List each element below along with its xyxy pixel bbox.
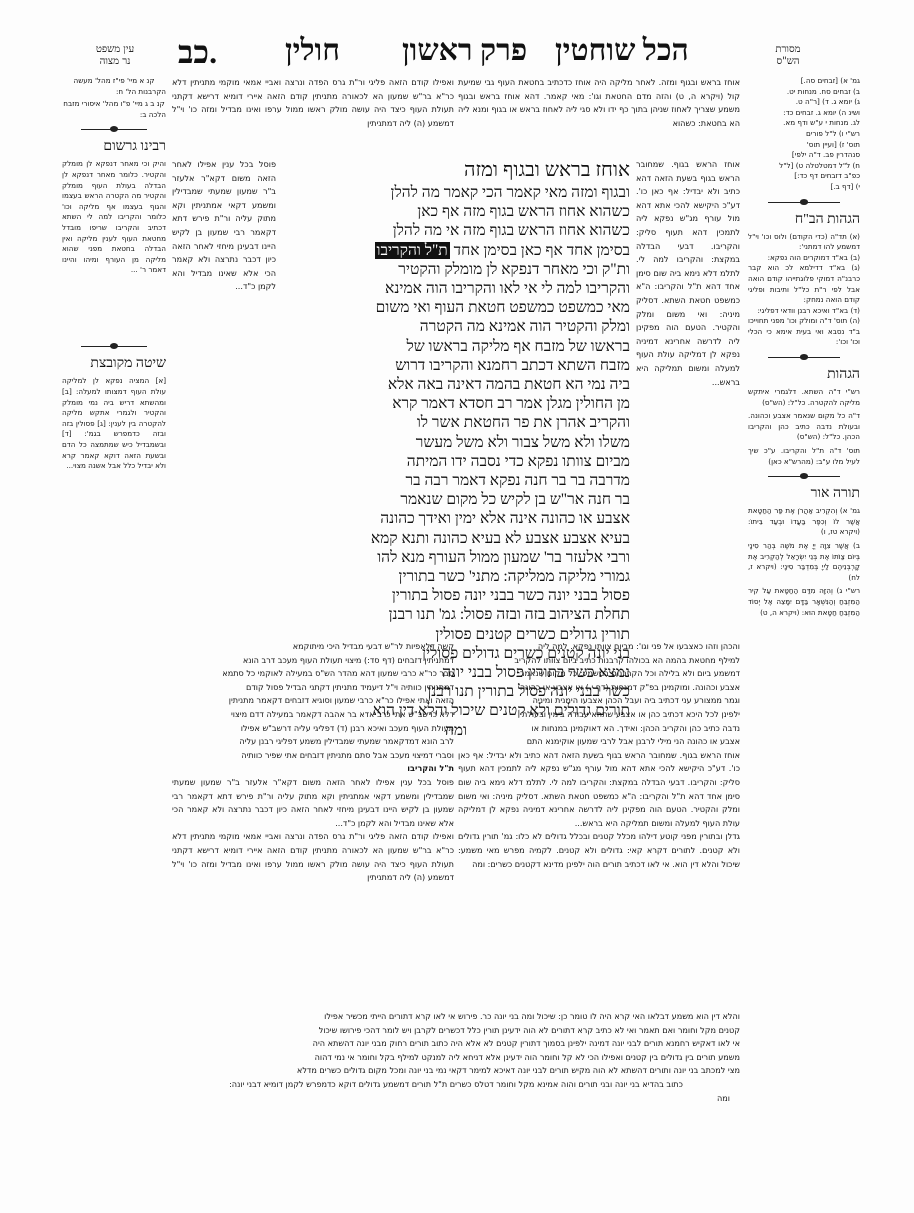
tosafot-lower-column: קשה דלאפיות לר"ש דבעי מבדיל היכי מיתוקמא… (172, 640, 454, 1000)
commentary-line: קטנים מקל וחומר ואם תאמר ואי לא כתיב קרא… (172, 1024, 740, 1038)
ref-line: ח) ל"ל דמטלטלה ט) [ל"ל (748, 161, 860, 172)
commentary-line: דלא כרשב"ש אתי כרב אדא בר אהבה דקאמר במע… (172, 708, 454, 722)
shita-mekubetzet-title: שיטה מקובצת (62, 355, 166, 373)
gemara-line: אצבע או כהונה אינה אלא ימין ואידך כהונה (282, 509, 630, 528)
gemara-line: בר חנה אר"ש בן לקיש כל מקום שנאמר (282, 490, 630, 509)
catchword: ומה (172, 1092, 740, 1106)
commentary-line: הזאה ואתי אפילו כר"א כרבי שמעון וסוגיא ד… (172, 694, 454, 708)
ref-line: י) [דף ב.] (748, 182, 860, 193)
label-line: מסורת (758, 44, 818, 56)
shita-mekubetzet-text: [א] המציה נפקא לן למליקה עולת העוף דמצות… (62, 376, 166, 554)
mesoret-hashas-label: מסורת הש"ס (758, 44, 818, 68)
hagahot-item: ד"ה כל מקום שנאמר אצבע וכהונה. ובעולת נד… (748, 411, 860, 443)
ref-line: ב) זבחים סח. מנחות יט. (748, 87, 860, 98)
gemara-line: מן החולין מגלן אמר רב חסדא דאמר קרא (282, 394, 630, 413)
gemara-line: גמורי מליקה ממליקה: מתני' כשר בתורין (282, 567, 630, 586)
ref-line: כפ"ב דזבחים דף כד:] (748, 171, 860, 182)
gemara-line: ומלק והקטיר הוה אמינא מה הקטרה (282, 317, 630, 336)
commentary-line: ת"ל והקריבו (172, 762, 454, 776)
gemara-line: ורבי אלעזר בר' שמעון ממול העורף מנא להו (282, 548, 630, 567)
ref-line: סנהדרין פב. ד"ה ילפי] (748, 150, 860, 161)
ref-line: ושינ ה) יומא ג. זבחים כד: (748, 108, 860, 119)
hagahot-habach-title: הגהות הב"ח (748, 211, 860, 229)
ref-line: רש"י ו) ל"ל פורים (748, 129, 860, 140)
rashi-top: אוחז בראש ובגוף ומזה. לאחר מליקה היה אוח… (458, 76, 740, 158)
gemara-line: כשהוא אחוז הראש בגוף מזה אי מה להלן (282, 221, 630, 240)
bach-item: (א) תד"ה (כדי הקודם) ולוס וכו' וי"ל דמשמ… (748, 232, 860, 253)
commentary-line: מצי למכתב בני יונה ותורים דהשתא לא הוה מ… (172, 1064, 740, 1078)
commentary-line: וסברי דמיצוי מעכב אבל סתם מתניתין דזבחים… (172, 749, 454, 763)
ornament-divider (748, 197, 860, 207)
gemara-line: מביום צוותו נפקא כדי נסבה ידו המיתה (282, 452, 630, 471)
torah-or-item: ב) אֲשֶׁר צִוָּה יְיָ אֶת מֹשֶׁה בְּהַר … (748, 541, 860, 583)
commentary-continuation: אוחז הראש בגוף. שמחובר הראש בגוף בשעת הז… (458, 749, 740, 831)
gemara-line: כשהוא אחוז הראש בגוף מזה אף כאן (282, 202, 630, 221)
ref-line: לג. מנחות י ע"ש ודף מא. (748, 118, 860, 129)
ein-mishpat-label: עין משפט נר מצוה (80, 44, 150, 68)
commentary-line: סבר כר"א כרבי שמעון דהא מהדר הש"ס במעילה… (172, 667, 454, 681)
commentary-line: דמתניתין כוותיה וי"ל דיעמיד מתניתין דקתנ… (172, 681, 454, 695)
label-line: הש"ס (758, 56, 818, 68)
ref-line: גמ' א) [זבחים סה.] (748, 76, 860, 87)
torah-or-item: גמ' א) וְהִקְרִיב אַהֲרֹן אֶת פַּר הַחַט… (748, 506, 860, 538)
chapter-number: פרק ראשון (402, 34, 527, 68)
commentary-line: גדלן ובתורין מפני קוטע דילהו מכלל קטנים … (458, 830, 740, 871)
commentary-line: ילפינן לכל היכא דכתיב כהן או אצבע שתהא ע… (458, 708, 740, 722)
hagahot-item: רש"י ד"ה השתא. דלגמרי איתקש מליקה להקטרה… (748, 387, 860, 408)
commentary-line: נדבה כתיב כהן והקריב הכהן: ואידך. הא דאו… (458, 722, 740, 736)
commentary-line: למילף מחטאת בהמה הא בכולהו קרבנות כתיב ב… (458, 654, 740, 668)
chapter-name: הכל שוחטין (555, 34, 689, 68)
ornament-divider (748, 352, 860, 362)
gemara-line: והקריבו למה לי אי לאו והקריבו הוה אמינא (282, 279, 630, 298)
gemara-line: בראשו של מזבח אף מליקה בראשו של (282, 337, 630, 356)
hagahot-item: תוס' ד"ה ת"ל והקריבו. ע"כ שיך לעיל מלו ע… (748, 446, 860, 467)
ornament-divider (748, 471, 860, 481)
commentary-line: תעולת העוף מעכב ואיכא רבנן (ד) דפליגי על… (172, 722, 454, 736)
hagahot-title: הגהות (748, 366, 860, 384)
tosafot-column: פוסל בכל ענין אפילו לאחר הזאה משום דקא"ר… (172, 158, 276, 638)
rashi-column: אוחז הראש בגוף. שמחובר הראש בגוף בשעת הז… (636, 158, 740, 638)
label-line: עין משפט (80, 44, 150, 56)
label-line: נר מצוה (80, 56, 150, 68)
tractate-name: חולין (285, 34, 340, 68)
commentary-line: משמע תורים בין גדולים בין קטנים ואפילו ה… (172, 1051, 740, 1065)
right-margin: גמ' א) [זבחים סה.] ב) זבחים סח. מנחות יט… (748, 76, 860, 618)
gemara-line: והקריב אהרן את פר החטאת אשר לו (282, 413, 630, 432)
bach-item: (ב) בא"ד דמוקרים הוה נפקא: (748, 253, 860, 264)
rabbeinu-gershom-text: והיק וכי מאחר דנפקא לן מומלק והקטיר. כלו… (62, 159, 166, 337)
commentary-line: דמשמע ביום ולא בלילה וכל הקרבנות במשמע: … (458, 667, 740, 681)
gemara-lead-words: אוחז בראש ובגוף ומזה (282, 158, 630, 183)
commentary-line: והלא דין הוא משמע דבלאו האי קרא היה לו ט… (172, 1010, 740, 1024)
highlight-marker: ת"ל והקריבו (375, 242, 450, 259)
commentary-line: כתוב בהדיא בני יונה ובני תורים והוה אמינ… (172, 1078, 740, 1092)
ref-line: ג) יומא ג. ד) [ר"ה ט. (748, 97, 860, 108)
ein-mishpat-entry: קנ ב ג מיי' פ"ו מהל' איסורי מזבח הלכה ב: (62, 99, 166, 120)
ein-mishpat-entry: קנ א מיי' פי"ז מהל' מעשה הקרבנות הל' ח: (62, 76, 166, 97)
gemara-line: תחלת הציהוב בזה ובזה פסול: גמ' תנו רבנן (282, 605, 630, 624)
commentary-line: והכהן וזהו כאצבעו אל פני וגו': מביום צוו… (458, 640, 740, 654)
bach-item: (ג) בא"ד דדילמא לכ הוא קבר כרבנ"ה דמוקי … (748, 263, 860, 305)
bach-item: (ד) בא"ד ואיכא רבנן וודאי דפליגי: (748, 306, 860, 317)
rashi-lower-column: והכהן וזהו כאצבעו אל פני וגו': מביום צוו… (458, 640, 740, 975)
gemara-line: מזבח השתא דכתב רחמנא והקריבו דרוש (282, 356, 630, 375)
ornament-divider (62, 124, 166, 134)
mesoret-hashas-refs: גמ' א) [זבחים סה.] ב) זבחים סח. מנחות יט… (748, 76, 860, 193)
gemara-line: ביה נמי הא חטאת בהמה דאינה באה אלא (282, 375, 630, 394)
commentary-line: קשה דלאפיות לר"ש דבעי מבדיל היכי מיתוקמא (172, 640, 454, 654)
commentary-line: וגמר ממצורע עני דכתיב ביה ועבל הכהן אצבע… (458, 694, 740, 708)
ref-line: תוס' ז) [ועיין תוס' (748, 140, 860, 151)
gemara-line: מאי כמשפט כמשפט חטאת העוף ואי משום (282, 298, 630, 317)
gemara-line: ובגוף ומזה מאי קאמר הכי קאמר מה להלן (282, 183, 630, 202)
folio-number: כב. (178, 34, 217, 71)
gemara-line: מדרבה בר בר חנה נפקא דאמר רבה בר (282, 471, 630, 490)
tosafot-top: ואפילו קודם הזאה פליגי ור"ת גרס הפדה ונר… (172, 76, 454, 158)
gemara-line: בסימן אחד אף כאן בסימן אחד ת"ל והקריבו (282, 241, 630, 260)
commentary-continuation: פוסל בכל ענין אפילו לאחר הזאה משום דקא"ר… (172, 776, 454, 830)
commentary-line: אי לאו דאקיש רחמנא תורים לבני יונה דמינה… (172, 1037, 740, 1051)
commentary-line: לרב הונא דמדקאמר שמעתי שמבדילין משמע דפל… (172, 735, 454, 749)
rabbeinu-gershom-title: רבינו גרשום (62, 138, 166, 156)
commentary-line: אצבע וכהונה. ומוקמינן בפ"ק דמנחות (דף י.… (458, 681, 740, 695)
commentary-line: דמתניתין דזבחים (דף סד:) מיצוי תעולת העו… (172, 654, 454, 668)
gemara-line: בעיא אצבע אצבע לא בעיא כהונה ותנא קמא (282, 529, 630, 548)
bottom-commentary: והלא דין הוא משמע דבלאו האי קרא היה לו ט… (172, 1010, 740, 1105)
gemara-text: בסימן אחד אף כאן בסימן אחד (454, 242, 630, 259)
commentary-continuation: ואפילו קודם הזאה פליגי ור"ת גרס הפדה ונר… (172, 830, 454, 884)
gemara-line: ות"ק וכי מאחר דנפקא לן מומלק והקטיר (282, 260, 630, 279)
gemara-line: משלו ולא משל צבור ולא משל מעשר (282, 433, 630, 452)
gemara-line: פסול בבני יונה כשר בבני יונה פסול בתורין (282, 586, 630, 605)
bach-item: (ה) תוס' ד"ה ומולק וכו' מפני תחוייכו ב"ד… (748, 316, 860, 348)
torah-or-title: תורה אור (748, 485, 860, 503)
ornament-divider (62, 341, 166, 351)
torah-or-item: רש"י ג) וְהִזָּה מִדַּם הַחַטָּאת עַל קִ… (748, 586, 860, 618)
commentary-line: אצבע או כהונה הני מילי לרבנן אבל לרבי שמ… (458, 735, 740, 749)
left-margin: קנ א מיי' פי"ז מהל' מעשה הקרבנות הל' ח: … (62, 76, 166, 554)
